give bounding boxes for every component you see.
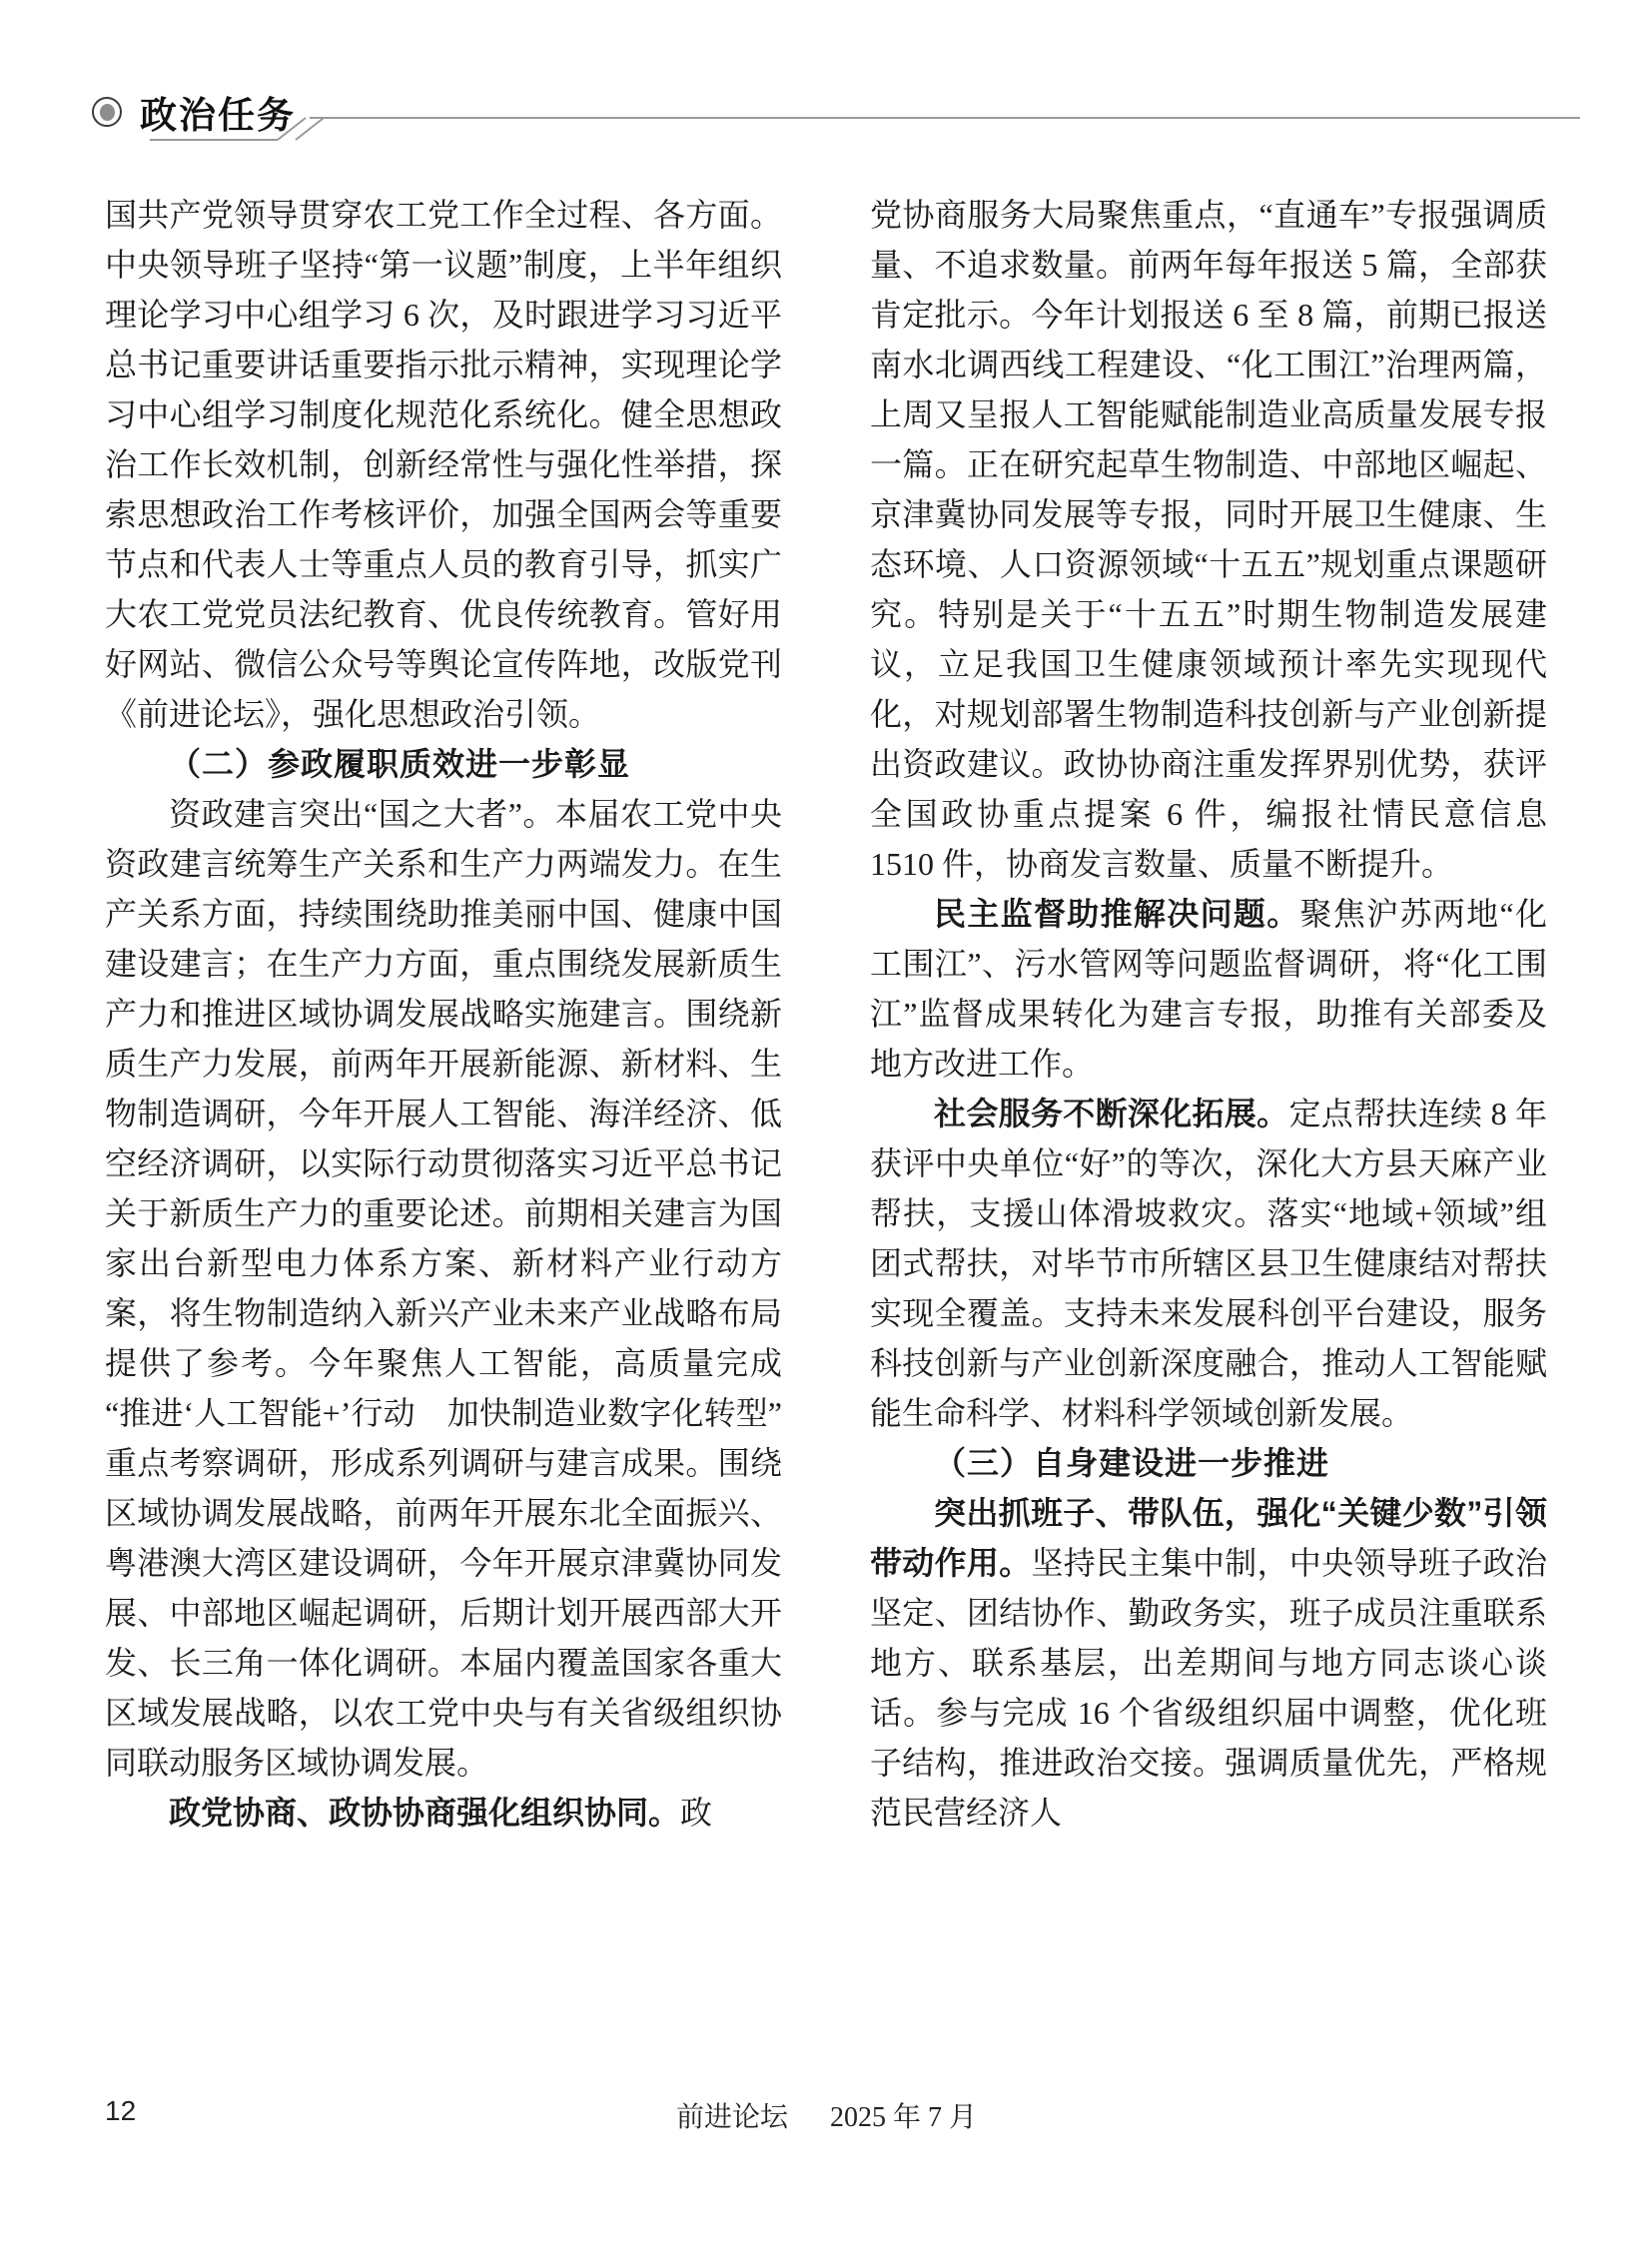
content-columns: 国共产党领导贯穿农工党工作全过程、各方面。中央领导班子坚持“第一议题”制度，上半… — [105, 190, 1547, 1838]
column-right: 党协商服务大局聚焦重点，“直通车”专报强调质量、不追求数量。前两年每年报送 5 … — [870, 190, 1547, 1838]
footer-center: 前进论坛2025 年 7 月 — [105, 2095, 1548, 2135]
paragraph-lead-bold: 突出抓班子、带队伍，强化“关键少数”引领带动作用。 — [870, 1495, 1547, 1581]
footer-date: 2025 年 7 月 — [830, 2102, 977, 2133]
paragraph: 国共产党领导贯穿农工党工作全过程、各方面。中央领导班子坚持“第一议题”制度，上半… — [105, 190, 782, 739]
header-divider-line — [150, 112, 1580, 158]
section-heading: （二）参政履职质效进一步彰显 — [105, 739, 782, 789]
footer-journal: 前进论坛 — [676, 2102, 788, 2133]
bullet-dot — [100, 104, 115, 121]
section-heading: （三）自身建设进一步推进 — [870, 1438, 1547, 1488]
column-left: 国共产党领导贯穿农工党工作全过程、各方面。中央领导班子坚持“第一议题”制度，上半… — [105, 190, 782, 1838]
paragraph-lead-bold: 政党协商、政协协商强化组织协同。 — [169, 1795, 680, 1831]
paragraph: 突出抓班子、带队伍，强化“关键少数”引领带动作用。坚持民主集中制，中央领导班子政… — [870, 1488, 1547, 1838]
paragraph-lead-bold: 民主监督助推解决问题。 — [934, 896, 1300, 932]
paragraph: 民主监督助推解决问题。聚焦沪苏两地“化工围江”、污水管网等问题监督调研，将“化工… — [870, 889, 1547, 1089]
page-footer: 12 前进论坛2025 年 7 月 — [105, 2095, 1548, 2135]
paragraph: 资政建言突出“国之大者”。本届农工党中央资政建言统筹生产关系和生产力两端发力。在… — [105, 789, 782, 1788]
paragraph: 政党协商、政协协商强化组织协同。政 — [105, 1788, 782, 1838]
document-page: 政治任务 国共产党领导贯穿农工党工作全过程、各方面。中央领导班子坚持“第一议题”… — [0, 0, 1652, 2242]
paragraph: 党协商服务大局聚焦重点，“直通车”专报强调质量、不追求数量。前两年每年报送 5 … — [870, 190, 1547, 889]
paragraph: 社会服务不断深化拓展。定点帮扶连续 8 年获评中央单位“好”的等次，深化大方县天… — [870, 1089, 1547, 1438]
section-bullet-icon — [92, 97, 122, 127]
paragraph-lead-bold: 社会服务不断深化拓展。 — [934, 1096, 1288, 1131]
